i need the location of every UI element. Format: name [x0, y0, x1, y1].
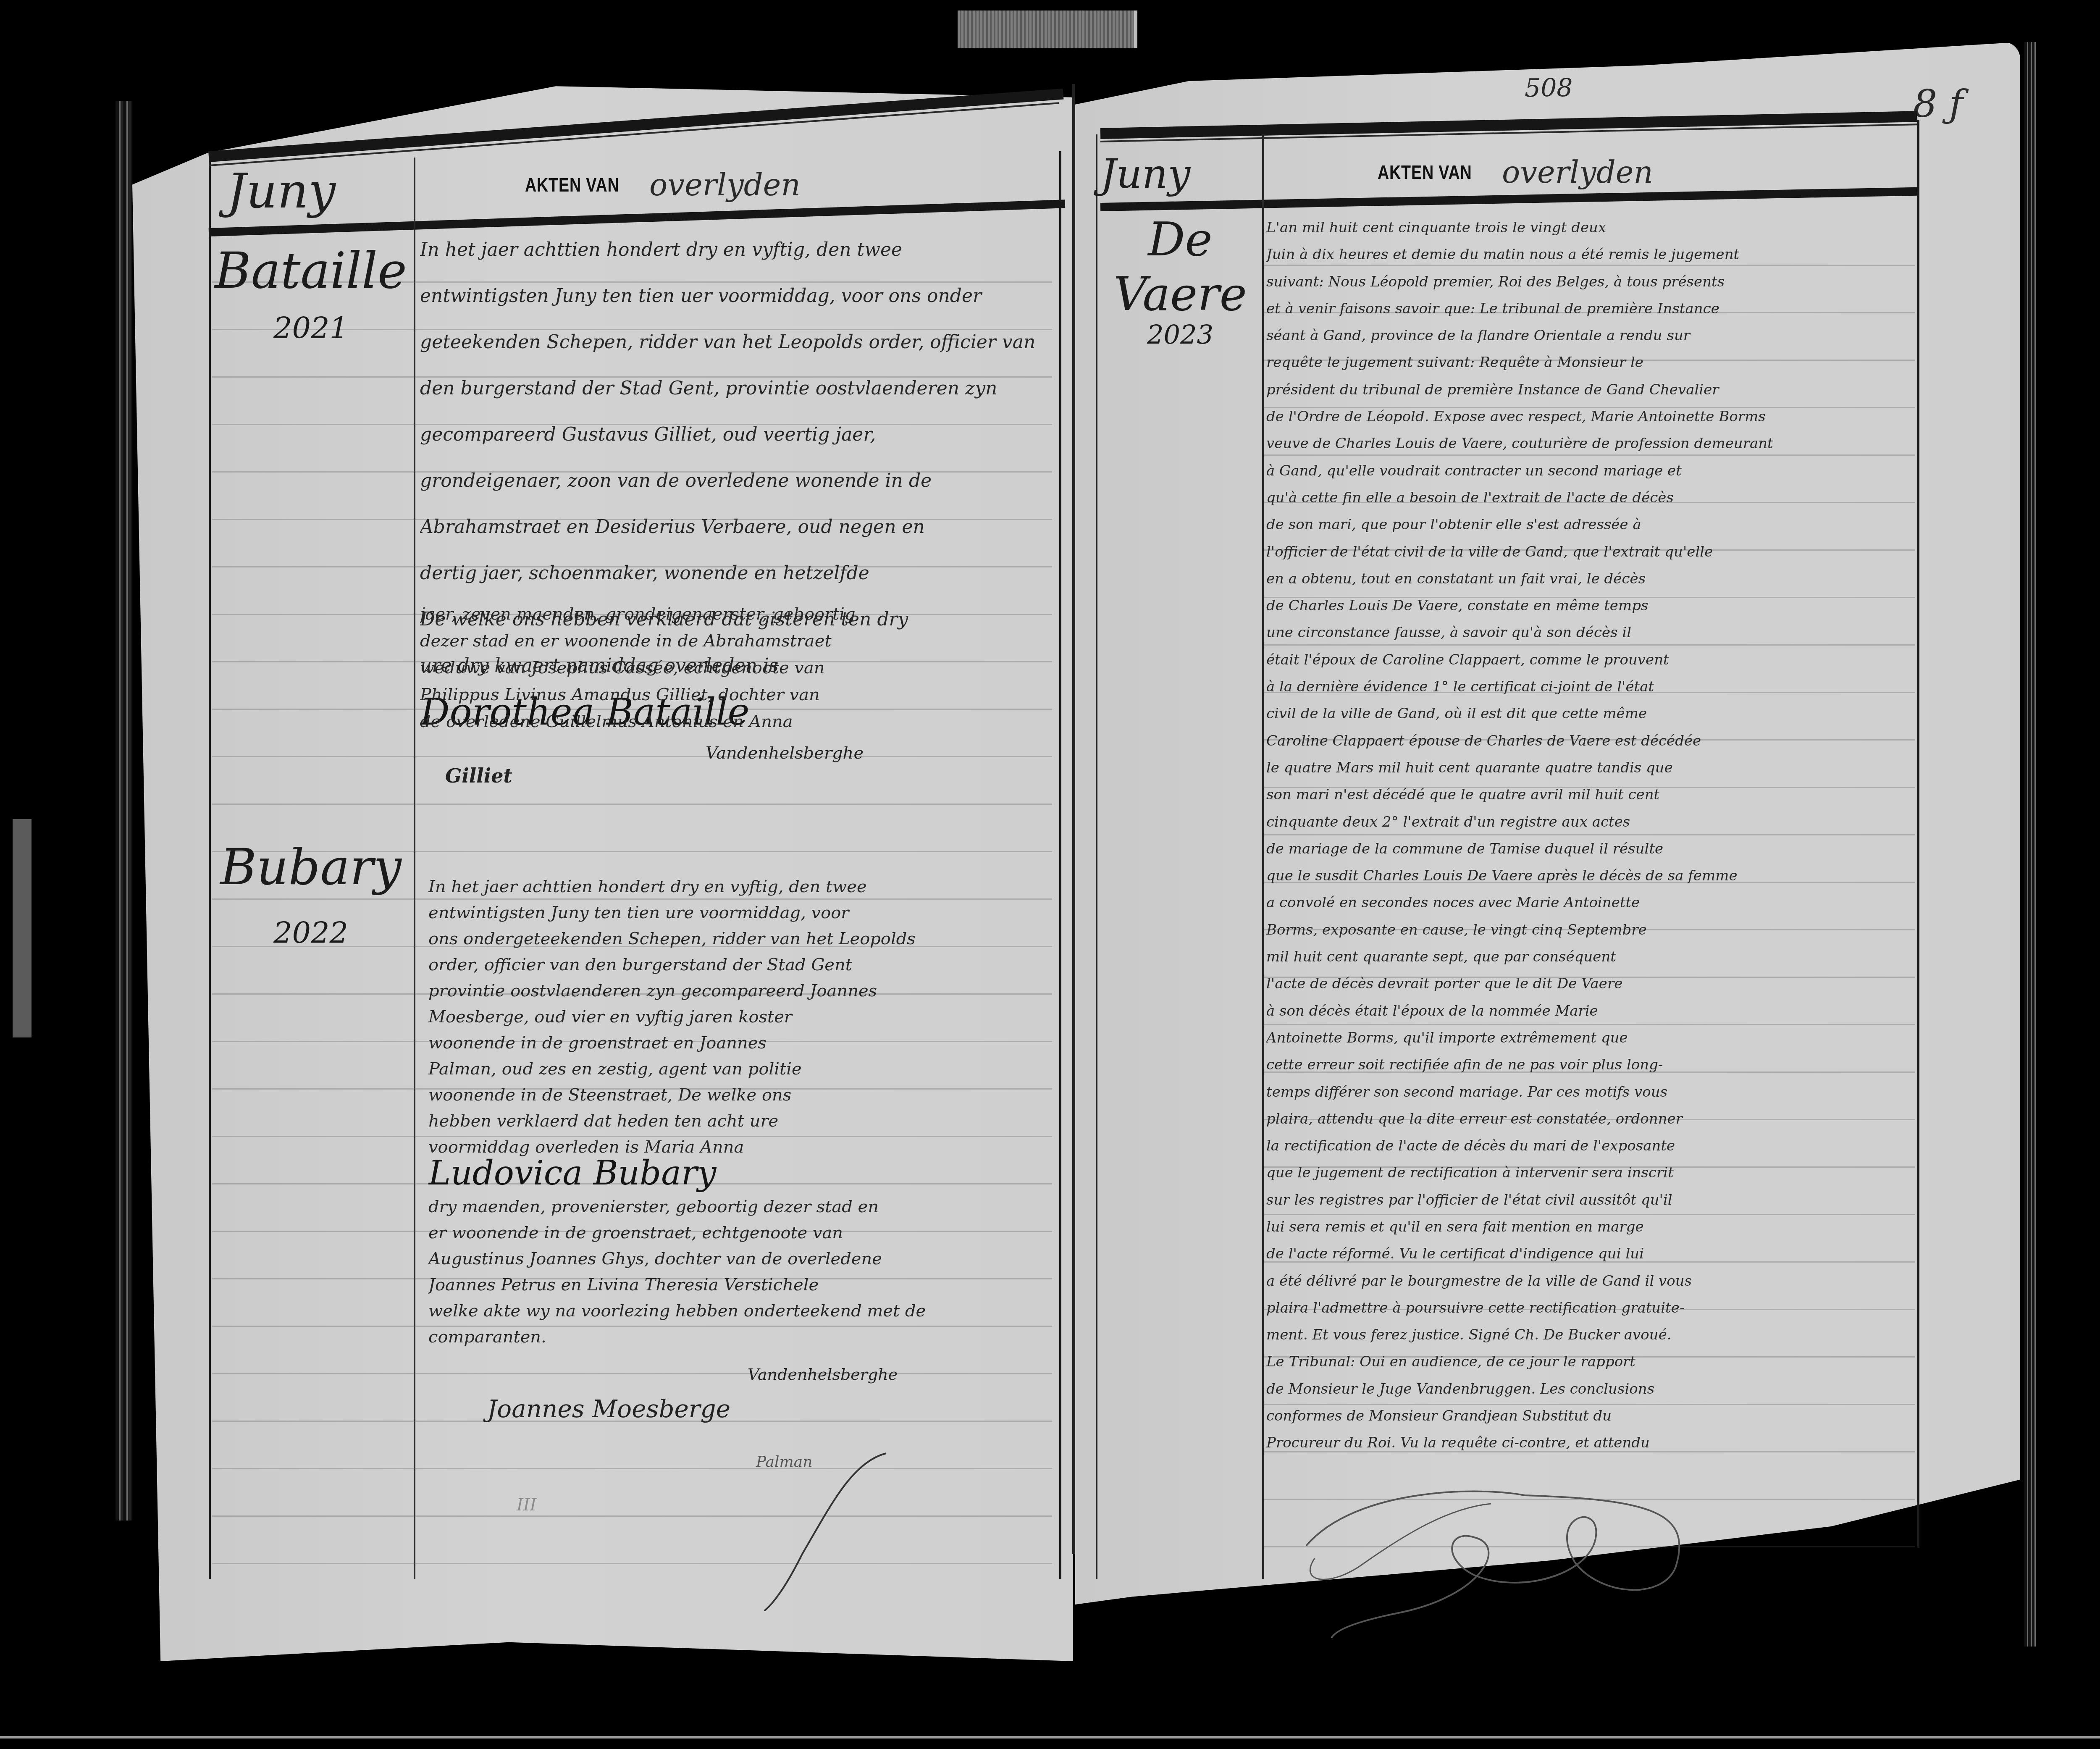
margin-surname-de: De — [1100, 214, 1260, 265]
text-line: de mariage de la commune de Tamise duque… — [1266, 835, 1913, 862]
text-line: Juin à dix heures et demie du matin nous… — [1266, 241, 1913, 268]
text-line: Joannes Petrus en Livina Theresia Versti… — [428, 1272, 1058, 1298]
text-line: dry maenden, provenierster, geboortig de… — [428, 1194, 1058, 1220]
text-line: conformes de Monsieur Grandjean Substitu… — [1266, 1402, 1913, 1429]
text-line: plaira, attendu que la dite erreur est c… — [1266, 1106, 1913, 1132]
book-gutter — [1072, 84, 1075, 1554]
text-line: de Charles Louis De Vaere, constate en m… — [1266, 592, 1913, 619]
corner-mark: 8 ƒ — [1913, 82, 1963, 126]
text-line: cinquante deux 2° l'extrait d'un registr… — [1266, 809, 1913, 835]
text-line: a convolé en secondes noces avec Marie A… — [1266, 889, 1913, 916]
text-line: de overledene Guillelmus Antonius en Ann… — [420, 708, 1054, 735]
text-line: jaer, zeven maenden, grondeigenaerster, … — [420, 601, 1054, 628]
text-line: civil de la ville de Gand, où il est dit… — [1266, 700, 1913, 727]
text-line: une circonstance fausse, à savoir qu'à s… — [1266, 619, 1913, 646]
text-line: weduwe van Josephus Cassée, echtgenoote … — [420, 654, 1054, 681]
text-line: woonende in de groenstraet en Joannes — [428, 1030, 1058, 1056]
right-printed-title: AKTEN VAN — [1378, 161, 1472, 184]
text-line: à Gand, qu'elle voudrait contracter un s… — [1266, 457, 1913, 484]
text-line: Procureur du Roi. Vu la requête ci-contr… — [1266, 1429, 1913, 1456]
text-line: woonende in de Steenstraet, De welke ons — [428, 1082, 1058, 1108]
text-line: suivant: Nous Léopold premier, Roi des B… — [1266, 268, 1913, 295]
text-line: en a obtenu, tout en constatant un fait … — [1266, 565, 1913, 592]
faint-bottom-mark: III — [517, 1495, 536, 1515]
text-line: Antoinette Borms, qu'il importe extrêmem… — [1266, 1024, 1913, 1051]
text-line: In het jaer achttien hondert dry en vyft… — [428, 874, 1058, 900]
text-line: Caroline Clappaert épouse de Charles de … — [1266, 727, 1913, 754]
text-line: L'an mil huit cent cinquante trois le vi… — [1266, 214, 1913, 241]
text-line: qu'à cette fin elle a besoin de l'extrai… — [1266, 484, 1913, 511]
folio-number: 508 — [1525, 74, 1573, 103]
text-line: de Monsieur le Juge Vandenbruggen. Les c… — [1266, 1376, 1913, 1402]
text-line: provintie oostvlaenderen zyn gecompareer… — [428, 978, 1058, 1004]
text-line: temps différer son second mariage. Par c… — [1266, 1079, 1913, 1106]
text-line: entwintigsten Juny ten tien uer voormidd… — [420, 273, 1054, 319]
text-line: grondeigenaer, zoon van de overledene wo… — [420, 458, 1054, 504]
scanner-bottom-edge — [0, 1736, 2100, 1738]
act-number-2022: 2022 — [210, 916, 412, 950]
margin-surname-bubary: Bubary — [210, 840, 412, 895]
margin-surname-bataille: Bataille — [210, 244, 412, 298]
right-month: Juny — [1100, 151, 1190, 197]
text-line: le quatre Mars mil huit cent quarante qu… — [1266, 754, 1913, 781]
text-line: Le Tribunal: Oui en audience, de ce jour… — [1266, 1348, 1913, 1375]
text-line: In het jaer achttien hondert dry en vyft… — [420, 227, 1054, 273]
text-line: welke akte wy na voorlezing hebben onder… — [428, 1298, 1058, 1324]
text-line: Philippus Livinus Amandus Gilliet, docht… — [420, 681, 1054, 708]
right-month-header: Juny — [1100, 145, 1260, 204]
left-written-title: overlyden — [649, 167, 801, 202]
text-line: order, officier van den burgerstand der … — [428, 952, 1058, 978]
text-line: gecompareerd Gustavus Gilliet, oud veert… — [420, 412, 1054, 458]
text-line: président du tribunal de première Instan… — [1266, 376, 1913, 403]
text-line: entwintigsten Juny ten tien ure voormidd… — [428, 900, 1058, 926]
text-line: la rectification de l'acte de décès du m… — [1266, 1132, 1913, 1159]
act-number-2023: 2023 — [1100, 319, 1260, 350]
text-line: Abrahamstraet en Desiderius Verbaere, ou… — [420, 504, 1054, 550]
act-number-2021: 2021 — [210, 311, 412, 345]
text-line: de son mari, que pour l'obtenir elle s'e… — [1266, 511, 1913, 538]
text-line: à la dernière évidence 1° le certificat … — [1266, 673, 1913, 700]
text-line: lui sera remis et qu'il en sera fait men… — [1266, 1213, 1913, 1240]
text-line: Borms, exposante en cause, le vingt cinq… — [1266, 917, 1913, 943]
text-line: requête le jugement suivant: Requête à M… — [1266, 349, 1913, 376]
binding-label-tab — [958, 11, 1137, 48]
text-line: sur les registres par l'officier de l'ét… — [1266, 1187, 1913, 1213]
right-column-divider — [1262, 134, 1264, 1579]
signature-officer-2: Vandenhelsberghe — [748, 1365, 898, 1384]
text-line: dezer stad en er woonende in de Abrahams… — [420, 628, 1054, 654]
text-line: et à venir faisons savoir que: Le tribun… — [1266, 295, 1913, 322]
text-line: comparanten. — [428, 1324, 1058, 1350]
text-line: l'acte de décès devrait porter que le di… — [1266, 970, 1913, 997]
signature-gilliet: Gilliet — [445, 764, 512, 787]
margin-surname-vaere: Vaere — [1100, 269, 1260, 320]
text-line: que le jugement de rectification à inter… — [1266, 1159, 1913, 1186]
left-edge-strip — [13, 819, 31, 1037]
text-line: Augustinus Joannes Ghys, dochter van de … — [428, 1246, 1058, 1272]
text-line: séant à Gand, province de la flandre Ori… — [1266, 322, 1913, 349]
signature-officer: Vandenhelsberghe — [706, 743, 864, 763]
right-page-stack-edge — [2024, 42, 2036, 1647]
text-line: plaira l'admettre à poursuivre cette rec… — [1266, 1295, 1913, 1321]
text-line: hebben verklaerd dat heden ten acht ure — [428, 1108, 1058, 1134]
signature-moesberge: Joannes Moesberge — [487, 1394, 730, 1423]
end-flourish-icon — [1273, 1462, 1798, 1638]
text-line: l'officier de l'état civil de la ville d… — [1266, 538, 1913, 565]
text-line: mil huit cent quarante sept, que par con… — [1266, 943, 1913, 970]
text-line: à son décès était l'époux de la nommée M… — [1266, 998, 1913, 1024]
text-line: veuve de Charles Louis de Vaere, couturi… — [1266, 430, 1913, 457]
text-line: den burgerstand der Stad Gent, provintie… — [420, 365, 1054, 412]
deceased-name-bubary: Ludovica Bubary — [428, 1160, 1058, 1194]
left-month-header: Juny — [227, 155, 403, 227]
right-left-border — [1096, 134, 1097, 1579]
signature-flourish-icon — [693, 1445, 903, 1613]
text-line: que le susdit Charles Louis De Vaere apr… — [1266, 862, 1913, 889]
text-line: Moesberge, oud vier en vyftig jaren kost… — [428, 1004, 1058, 1030]
text-line: cette erreur soit rectifiée afin de ne p… — [1266, 1051, 1913, 1078]
entry-2023-text: L'an mil huit cent cinquante trois le vi… — [1266, 214, 1913, 1457]
left-month: Juny — [227, 163, 336, 219]
text-line: de l'acte réformé. Vu le certificat d'in… — [1266, 1240, 1913, 1267]
text-line: a été délivré par le bourgmestre de la v… — [1266, 1268, 1913, 1295]
text-line: de l'Ordre de Léopold. Expose avec respe… — [1266, 403, 1913, 430]
left-acts-header: AKTEN VAN overlyden — [525, 160, 987, 210]
text-line: geteekenden Schepen, ridder van het Leop… — [420, 319, 1054, 365]
entry-2022-text: In het jaer achttien hondert dry en vyft… — [428, 874, 1058, 1352]
text-line: ment. Et vous ferez justice. Signé Ch. D… — [1266, 1321, 1913, 1348]
left-printed-title: AKTEN VAN — [525, 173, 619, 196]
right-acts-header: AKTEN VAN overlyden — [1378, 149, 1840, 195]
text-line: er woonende in de groenstraet, echtgenoo… — [428, 1220, 1058, 1246]
text-line: son mari n'est décédé que le quatre avri… — [1266, 781, 1913, 808]
text-line: ons ondergeteekenden Schepen, ridder van… — [428, 926, 1058, 952]
text-line: dertig jaer, schoenmaker, wonende en het… — [420, 550, 1054, 596]
entry-2021-text-cont: jaer, zeven maenden, grondeigenaerster, … — [420, 601, 1054, 752]
text-line: Palman, oud zes en zestig, agent van pol… — [428, 1056, 1058, 1082]
text-line: était l'époux de Caroline Clappaert, com… — [1266, 646, 1913, 673]
right-written-title: overlyden — [1502, 155, 1653, 190]
left-page-stack-edge — [115, 101, 132, 1521]
